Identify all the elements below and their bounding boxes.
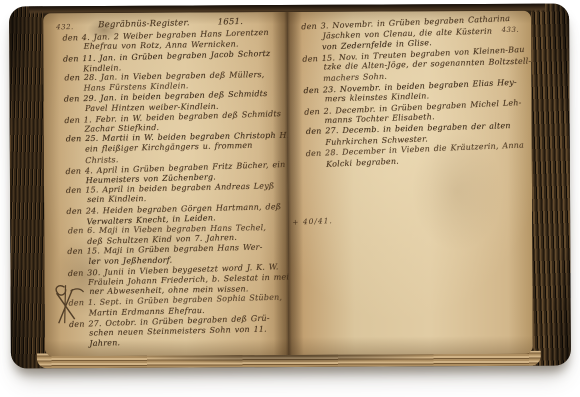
left-page-handwriting: Begräbnüs-Register. 1651. den 4. Jan. 2 … bbox=[56, 16, 296, 350]
left-page-entries: den 4. Jan. 2 Weiber begraben Hans Loren… bbox=[56, 28, 296, 349]
right-page-handwriting: den 3. Novembr. in Grüben begraben Catha… bbox=[295, 14, 533, 170]
open-pages: 432. Begräbnüs-Register. 1651. den 4. Ja… bbox=[43, 11, 533, 357]
tally-note: + 40/41. bbox=[292, 216, 333, 227]
margin-cross-monogram-mark bbox=[50, 279, 84, 327]
book-edge-right-pagestack bbox=[531, 4, 571, 366]
left-page: 432. Begräbnüs-Register. 1651. den 4. Ja… bbox=[43, 12, 289, 356]
right-page: 433. den 3. Novembr. in Grüben begraben … bbox=[287, 11, 533, 355]
register-year: 1651. bbox=[218, 17, 244, 28]
register-title: Begräbnüs-Register. bbox=[98, 18, 190, 30]
book-edge-left-pagestack bbox=[9, 6, 45, 368]
photo-of-open-register-book: 432. Begräbnüs-Register. 1651. den 4. Ja… bbox=[0, 0, 580, 397]
book: 432. Begräbnüs-Register. 1651. den 4. Ja… bbox=[9, 4, 571, 369]
right-page-entries: den 3. Novembr. in Grüben begraben Catha… bbox=[295, 14, 533, 170]
